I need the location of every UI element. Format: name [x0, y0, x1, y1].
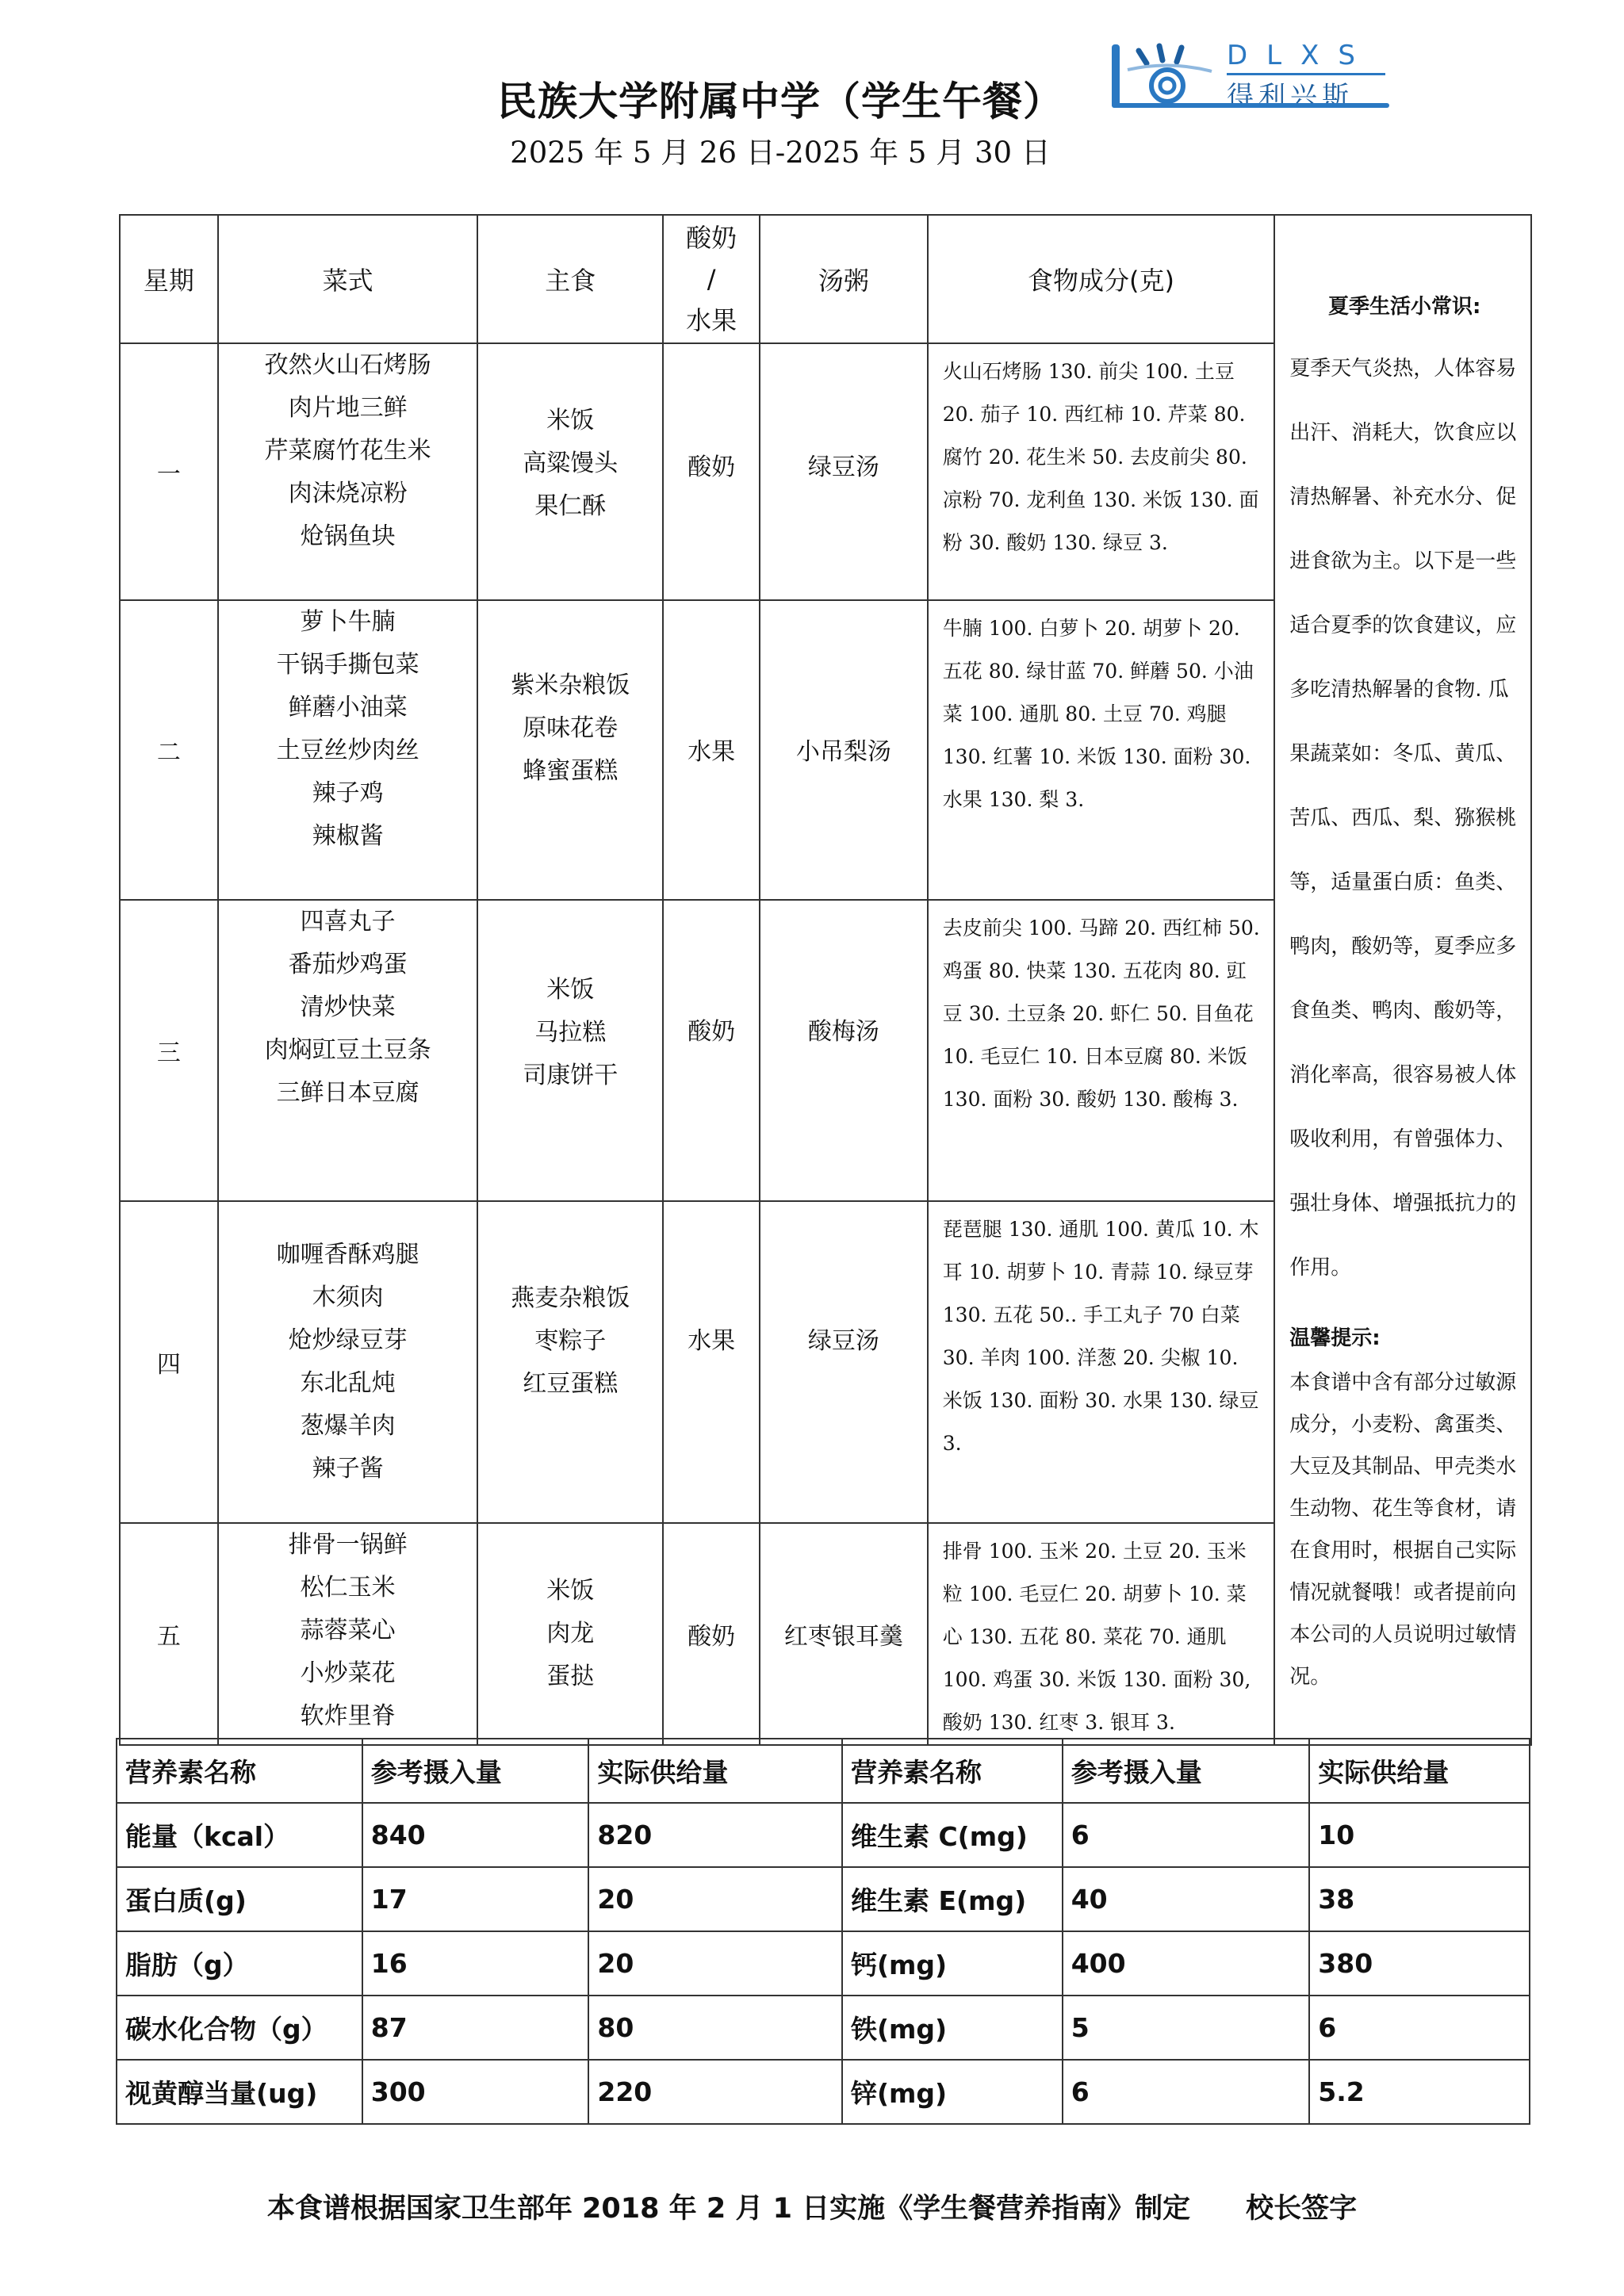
date-range: 2025 年 5 月 26 日-2025 年 5 月 30 日: [0, 128, 1624, 171]
dish-item: 清炒快菜: [219, 986, 477, 1029]
company-logo: DLXS 得利兴斯: [1104, 38, 1397, 109]
nutrient-name: 铁(mg): [842, 1996, 1063, 2060]
staple-item: 原味花卷: [478, 707, 662, 750]
staple-item: 蛋挞: [478, 1655, 662, 1698]
snack-header-line: /: [664, 258, 759, 300]
dish-item: 肉片地三鲜: [219, 387, 477, 430]
dish-item: 肉焖豇豆土豆条: [219, 1029, 477, 1072]
ingredients-cell: 琵琶腿 130. 通肌 100. 黄瓜 10. 木耳 10. 胡萝卜 10. 青…: [928, 1201, 1275, 1523]
reference-intake: 400: [1063, 1931, 1310, 1996]
dish-item: 小炒菜花: [219, 1652, 477, 1695]
dish-item: 木须肉: [219, 1276, 477, 1319]
nutrient-name-header: 营养素名称: [117, 1739, 362, 1803]
tip-line: 作用。: [1289, 1236, 1519, 1300]
soup-cell: 绿豆汤: [760, 343, 928, 600]
dish-item: 炝锅鱼块: [219, 515, 477, 558]
logo-base: [1112, 103, 1389, 108]
reference-intake: 5: [1063, 1996, 1310, 2060]
dish-item: 孜然火山石烤肠: [219, 344, 477, 387]
reference-intake: 17: [362, 1867, 589, 1931]
col-header-day: 星期: [120, 215, 218, 343]
actual-supply-header: 实际供给量: [1309, 1739, 1530, 1803]
nutrient-name: 能量（kcal）: [117, 1803, 362, 1867]
reference-intake: 840: [362, 1803, 589, 1867]
summer-tips-title: 夏季生活小常识:: [1289, 290, 1519, 320]
tip-line: 夏季天气炎热，人体容易: [1289, 337, 1519, 401]
dishes-cell: 咖喱香酥鸡腿 木须肉 炝炒绿豆芽 东北乱炖 葱爆羊肉 辣子酱: [218, 1201, 478, 1523]
tip-line: 消化率高，很容易被人体: [1289, 1043, 1519, 1108]
tip-line: 出汗、消耗大，饮食应以: [1289, 401, 1519, 465]
warm-line: 生动物、花生等食材，请: [1289, 1488, 1519, 1530]
soup-cell: 酸梅汤: [760, 900, 928, 1201]
snack-header-line: 水果: [664, 300, 759, 341]
dish-item: 辣子酱: [219, 1448, 477, 1490]
dishes-cell: 四喜丸子 番茄炒鸡蛋 清炒快菜 肉焖豇豆土豆条 三鲜日本豆腐: [218, 900, 478, 1201]
staple-item: 枣粽子: [478, 1320, 662, 1363]
col-header-snack: 酸奶 / 水果: [663, 215, 760, 343]
soup-cell: 绿豆汤: [760, 1201, 928, 1523]
warm-tips-title: 温馨提示:: [1289, 1314, 1519, 1362]
warm-line: 在食用时，根据自己实际: [1289, 1530, 1519, 1572]
tip-line: 食鱼类、鸭肉、酸奶等，: [1289, 979, 1519, 1043]
staples-cell: 米饭 高粱馒头 果仁酥: [477, 343, 663, 600]
snack-cell: 酸奶: [663, 343, 760, 600]
actual-supply: 10: [1309, 1803, 1530, 1867]
actual-supply: 380: [1309, 1931, 1530, 1996]
staple-item: 米饭: [478, 1570, 662, 1613]
ingredients-cell: 去皮前尖 100. 马蹄 20. 西红柿 50. 鸡蛋 80. 快菜 130. …: [928, 900, 1275, 1201]
nutrition-row: 脂肪（g） 16 20 钙(mg) 400 380: [117, 1931, 1530, 1996]
tip-line: 苦瓜、西瓜、梨、猕猴桃: [1289, 786, 1519, 851]
dish-item: 东北乱炖: [219, 1362, 477, 1405]
nutrient-name: 维生素 C(mg): [842, 1803, 1063, 1867]
nutrient-name: 钙(mg): [842, 1931, 1063, 1996]
tip-line: 进食欲为主。以下是一些: [1289, 530, 1519, 594]
nutrition-table: 营养素名称 参考摄入量 实际供给量 营养素名称 参考摄入量 实际供给量 能量（k…: [116, 1738, 1530, 2125]
tip-line: 等，适量蛋白质：鱼类、: [1289, 851, 1519, 915]
dish-item: 土豆丝炒肉丝: [219, 729, 477, 772]
dish-item: 鲜蘑小油菜: [219, 687, 477, 729]
nutrient-name: 视黄醇当量(ug): [117, 2060, 362, 2124]
actual-supply: 20: [588, 1931, 842, 1996]
dish-item: 辣椒酱: [219, 815, 477, 858]
logo-bar: [1112, 44, 1120, 108]
weekly-menu-table: 星期 菜式 主食 酸奶 / 水果 汤粥 食物成分(克) 夏季生活小常识: 夏季天…: [119, 214, 1532, 1746]
warm-line: 本食谱中含有部分过敏源: [1289, 1362, 1519, 1404]
dish-item: 芹菜腐竹花生米: [219, 430, 477, 473]
reference-intake: 6: [1063, 1803, 1310, 1867]
staple-item: 米饭: [478, 400, 662, 442]
dish-item: 松仁玉米: [219, 1567, 477, 1609]
dish-item: 干锅手撕包菜: [219, 644, 477, 687]
staple-item: 马拉糕: [478, 1012, 662, 1054]
staples-cell: 米饭 肉龙 蛋挞: [477, 1523, 663, 1745]
staple-item: 蜂蜜蛋糕: [478, 750, 662, 793]
nutrition-row: 视黄醇当量(ug) 300 220 锌(mg) 6 5.2: [117, 2060, 1530, 2124]
dishes-cell: 排骨一锅鲜 松仁玉米 蒜蓉菜心 小炒菜花 软炸里脊: [218, 1523, 478, 1745]
staple-item: 高粱馒头: [478, 442, 662, 485]
allergy-notice: 本食谱中含有部分过敏源 成分，小麦粉、禽蛋类、 大豆及其制品、甲壳类水 生动物、…: [1289, 1362, 1519, 1698]
reference-intake: 6: [1063, 2060, 1310, 2124]
spiral-eye-icon: [1126, 43, 1213, 105]
nutrition-row: 能量（kcal） 840 820 维生素 C(mg) 6 10: [117, 1803, 1530, 1867]
staple-item: 紫米杂粮饭: [478, 664, 662, 707]
col-header-dishes: 菜式: [218, 215, 478, 343]
tips-panel: 夏季生活小常识: 夏季天气炎热，人体容易 出汗、消耗大，饮食应以 清热解暑、补充…: [1274, 215, 1531, 1745]
dish-item: 三鲜日本豆腐: [219, 1072, 477, 1115]
dish-item: 咖喱香酥鸡腿: [219, 1234, 477, 1276]
reference-intake: 300: [362, 2060, 589, 2124]
dish-item: 辣子鸡: [219, 772, 477, 815]
tip-line: 鸭肉，酸奶等，夏季应多: [1289, 915, 1519, 979]
actual-supply: 5.2: [1309, 2060, 1530, 2124]
snack-cell: 水果: [663, 600, 760, 900]
dish-item: 番茄炒鸡蛋: [219, 943, 477, 986]
dish-item: 肉沫烧凉粉: [219, 473, 477, 515]
soup-cell: 小吊梨汤: [760, 600, 928, 900]
nutrient-name: 维生素 E(mg): [842, 1867, 1063, 1931]
tip-line: 清热解暑、补充水分、促: [1289, 465, 1519, 530]
reference-intake-header: 参考摄入量: [1063, 1739, 1310, 1803]
guideline-note: 本食谱根据国家卫生部年 2018 年 2 月 1 日实施《学生餐营养指南》制定: [267, 2193, 1190, 2225]
warm-line: 情况就餐哦！或者提前向: [1289, 1572, 1519, 1614]
nutrition-header-row: 营养素名称 参考摄入量 实际供给量 营养素名称 参考摄入量 实际供给量: [117, 1739, 1530, 1803]
staple-item: 红豆蛋糕: [478, 1363, 662, 1406]
dish-item: 萝卜牛腩: [219, 601, 477, 644]
summer-tips-text: 夏季天气炎热，人体容易 出汗、消耗大，饮食应以 清热解暑、补充水分、促 进食欲为…: [1289, 337, 1519, 1300]
principal-signature-label: 校长签字: [1246, 2193, 1357, 2225]
reference-intake: 16: [362, 1931, 589, 1996]
warm-line: 大豆及其制品、甲壳类水: [1289, 1446, 1519, 1488]
day-cell: 二: [120, 600, 218, 900]
col-header-staples: 主食: [477, 215, 663, 343]
col-header-soup: 汤粥: [760, 215, 928, 343]
tip-line: 果蔬菜如：冬瓜、黄瓜、: [1289, 722, 1519, 786]
snack-cell: 水果: [663, 1201, 760, 1523]
soup-cell: 红枣银耳羹: [760, 1523, 928, 1745]
nutrition-row: 蛋白质(g) 17 20 维生素 E(mg) 40 38: [117, 1867, 1530, 1931]
actual-supply: 820: [588, 1803, 842, 1867]
dish-item: 蒜蓉菜心: [219, 1609, 477, 1652]
nutrient-name-header: 营养素名称: [842, 1739, 1063, 1803]
actual-supply: 80: [588, 1996, 842, 2060]
tip-line: 多吃清热解暑的食物. 瓜: [1289, 658, 1519, 722]
tip-line: 吸收利用，有曾强体力、: [1289, 1108, 1519, 1172]
ingredients-cell: 排骨 100. 玉米 20. 土豆 20. 玉米粒 100. 毛豆仁 20. 胡…: [928, 1523, 1275, 1745]
tip-line: 强壮身体、增强抵抗力的: [1289, 1172, 1519, 1236]
dishes-cell: 孜然火山石烤肠 肉片地三鲜 芹菜腐竹花生米 肉沫烧凉粉 炝锅鱼块: [218, 343, 478, 600]
actual-supply: 220: [588, 2060, 842, 2124]
nutrition-row: 碳水化合物（g） 87 80 铁(mg) 5 6: [117, 1996, 1530, 2060]
day-cell: 一: [120, 343, 218, 600]
nutrient-name: 蛋白质(g): [117, 1867, 362, 1931]
dish-item: 葱爆羊肉: [219, 1405, 477, 1448]
footer: 本食谱根据国家卫生部年 2018 年 2 月 1 日实施《学生餐营养指南》制定校…: [0, 2187, 1624, 2226]
warm-line: 本公司的人员说明过敏情: [1289, 1614, 1519, 1656]
snack-cell: 酸奶: [663, 900, 760, 1201]
actual-supply-header: 实际供给量: [588, 1739, 842, 1803]
staple-item: 燕麦杂粮饭: [478, 1277, 662, 1320]
actual-supply: 38: [1309, 1867, 1530, 1931]
reference-intake: 87: [362, 1996, 589, 2060]
reference-intake-header: 参考摄入量: [362, 1739, 589, 1803]
dishes-cell: 萝卜牛腩 干锅手撕包菜 鲜蘑小油菜 土豆丝炒肉丝 辣子鸡 辣椒酱: [218, 600, 478, 900]
menu-header-row: 星期 菜式 主食 酸奶 / 水果 汤粥 食物成分(克) 夏季生活小常识: 夏季天…: [120, 215, 1531, 343]
day-cell: 五: [120, 1523, 218, 1745]
warm-line: 况。: [1289, 1656, 1519, 1698]
staple-item: 果仁酥: [478, 485, 662, 528]
ingredients-cell: 火山石烤肠 130. 前尖 100. 土豆 20. 茄子 10. 西红柿 10.…: [928, 343, 1275, 600]
staple-item: 肉龙: [478, 1613, 662, 1655]
col-header-ingredients: 食物成分(克): [928, 215, 1275, 343]
reference-intake: 40: [1063, 1867, 1310, 1931]
date-range-text: 2025 年 5 月 26 日-2025 年 5 月 30 日: [510, 136, 1051, 170]
logo-text-en: DLXS: [1227, 40, 1374, 71]
dish-item: 炝炒绿豆芽: [219, 1319, 477, 1362]
day-cell: 三: [120, 900, 218, 1201]
staples-cell: 米饭 马拉糕 司康饼干: [477, 900, 663, 1201]
title-text: 民族大学附属中学（学生午餐）: [497, 78, 1063, 124]
staple-item: 司康饼干: [478, 1054, 662, 1097]
actual-supply: 6: [1309, 1996, 1530, 2060]
nutrient-name: 锌(mg): [842, 2060, 1063, 2124]
warm-line: 成分，小麦粉、禽蛋类、: [1289, 1404, 1519, 1446]
tip-line: 适合夏季的饮食建议，应: [1289, 594, 1519, 658]
staples-cell: 紫米杂粮饭 原味花卷 蜂蜜蛋糕: [477, 600, 663, 900]
dish-item: 四喜丸子: [219, 901, 477, 943]
nutrient-name: 碳水化合物（g）: [117, 1996, 362, 2060]
staples-cell: 燕麦杂粮饭 枣粽子 红豆蛋糕: [477, 1201, 663, 1523]
snack-cell: 酸奶: [663, 1523, 760, 1745]
day-cell: 四: [120, 1201, 218, 1523]
ingredients-cell: 牛腩 100. 白萝卜 20. 胡萝卜 20. 五花 80. 绿甘蓝 70. 鲜…: [928, 600, 1275, 900]
actual-supply: 20: [588, 1867, 842, 1931]
dish-item: 排骨一锅鲜: [219, 1524, 477, 1567]
staple-item: 米饭: [478, 969, 662, 1012]
nutrient-name: 脂肪（g）: [117, 1931, 362, 1996]
dish-item: 软炸里脊: [219, 1695, 477, 1738]
snack-header-line: 酸奶: [664, 217, 759, 258]
